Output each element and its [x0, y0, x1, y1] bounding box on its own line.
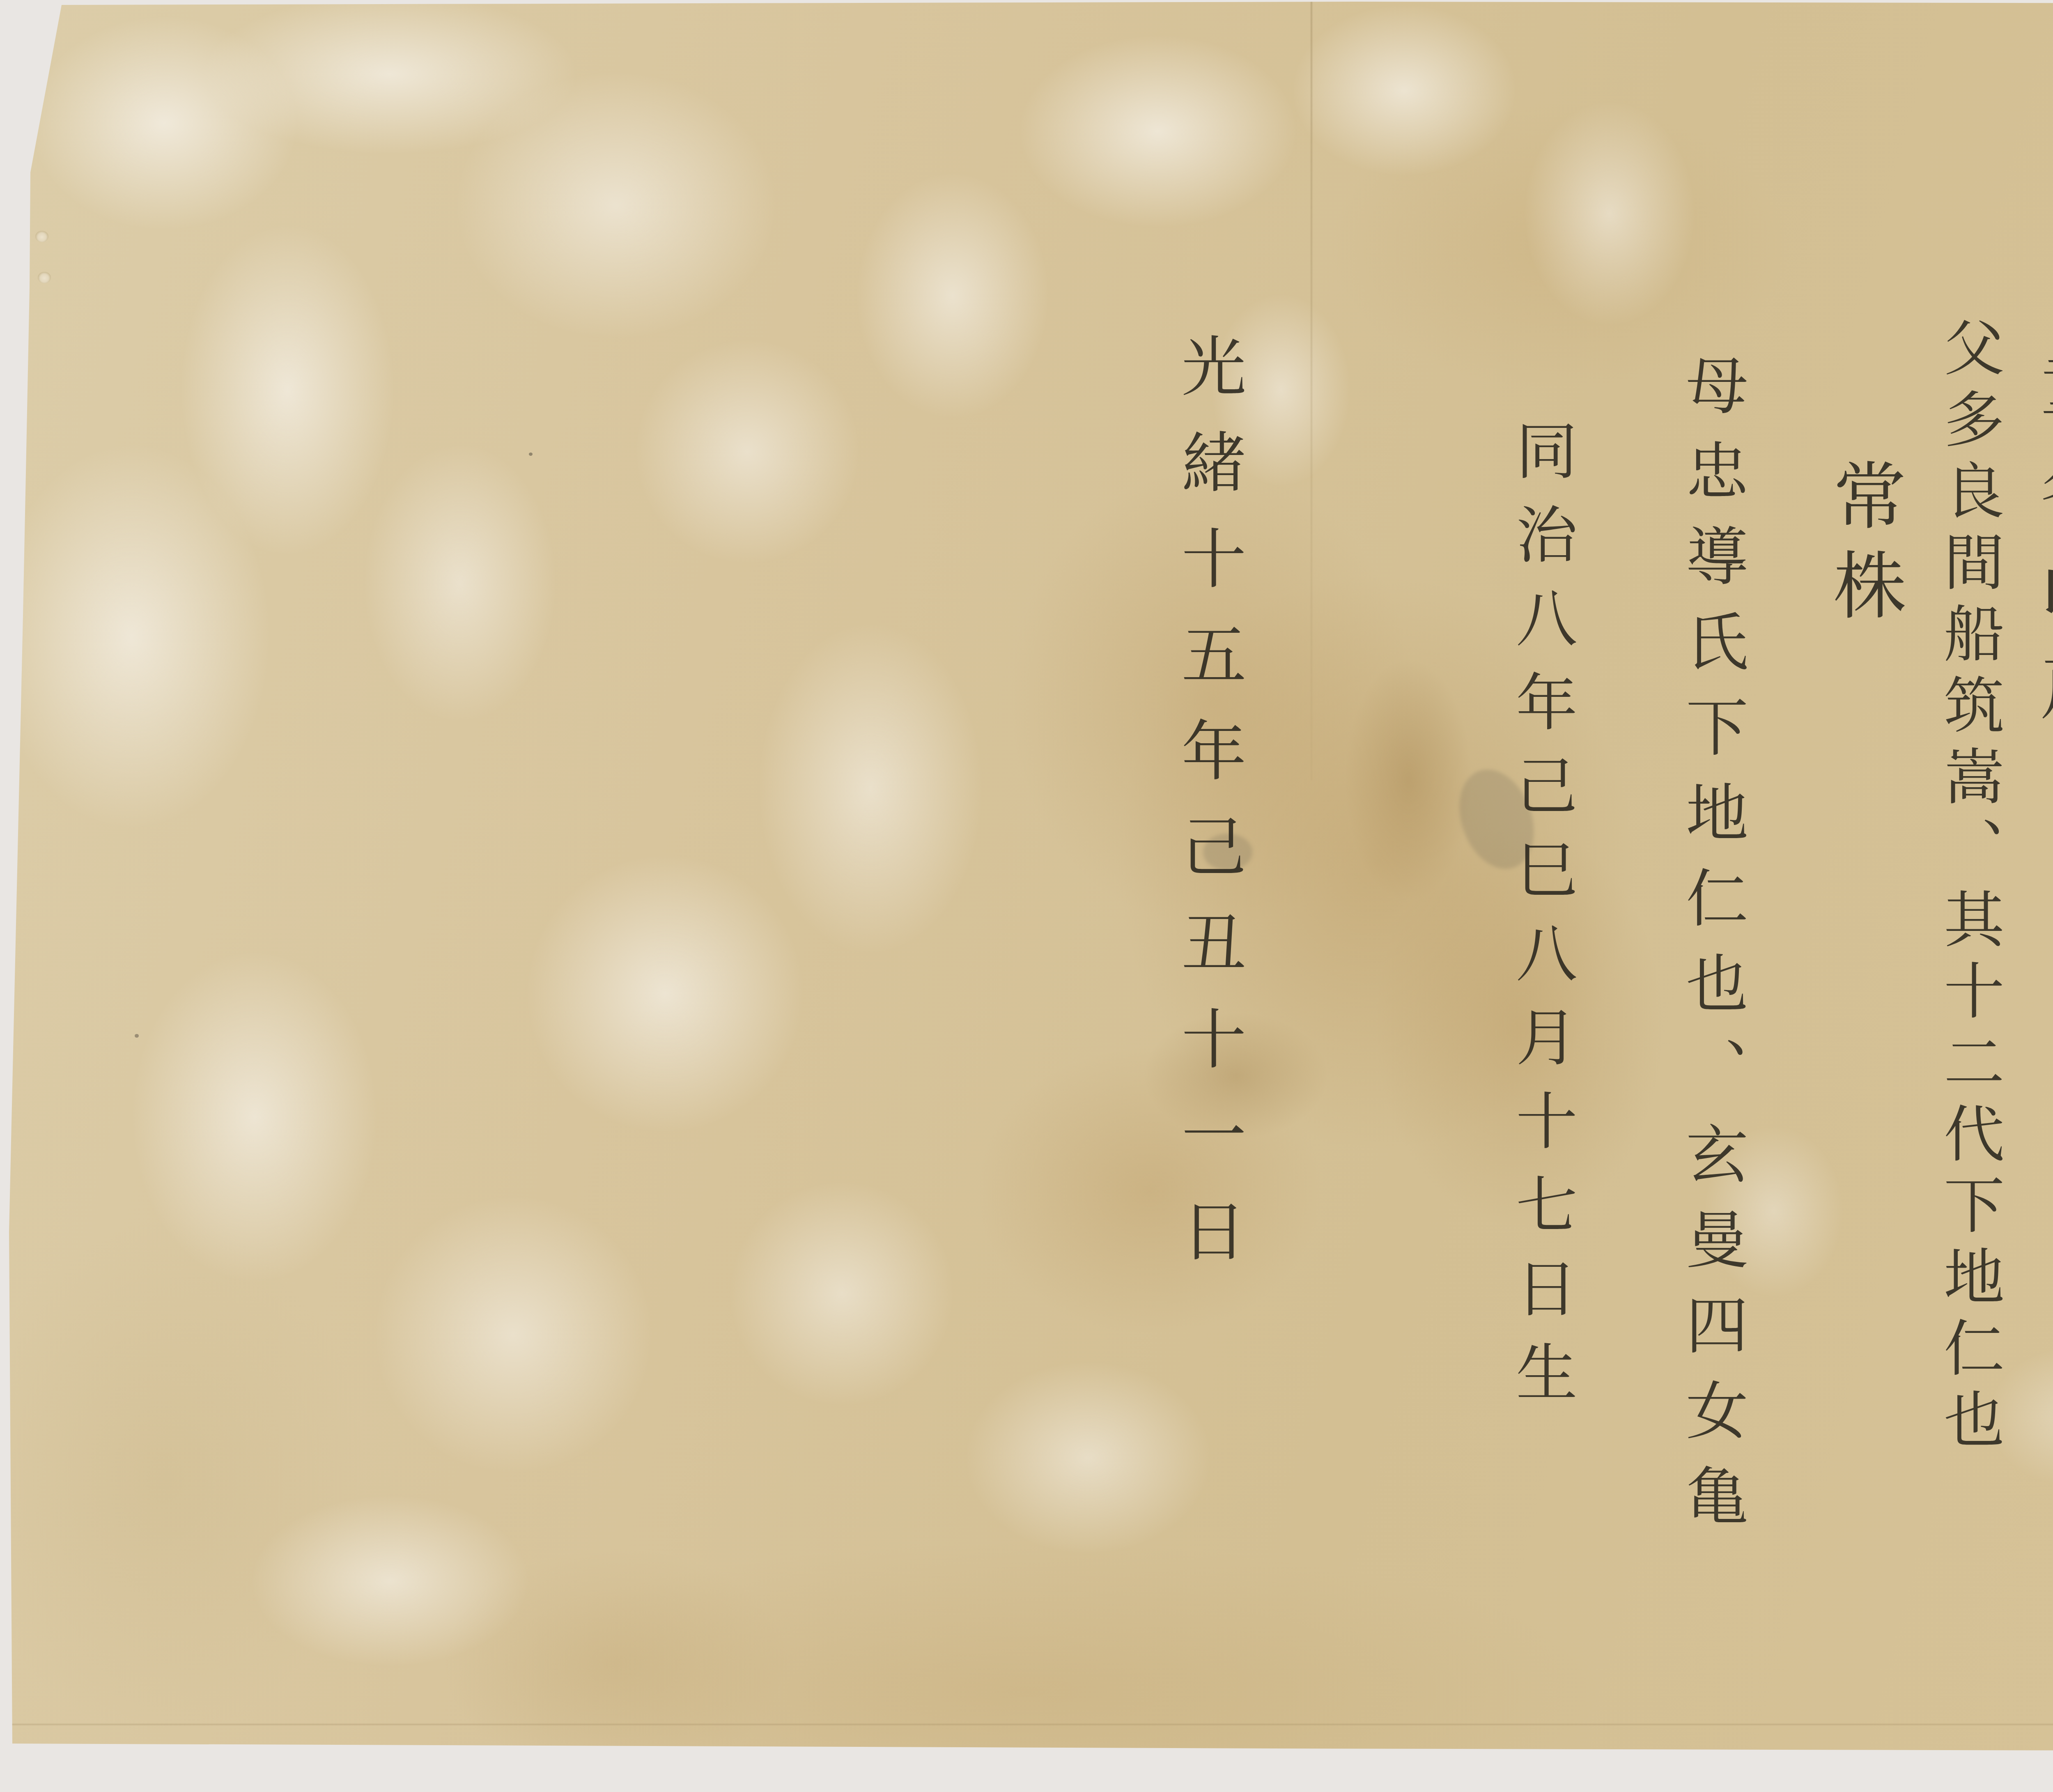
column-birth-date: 同治八年己巳八月十七日生: [1497, 419, 1585, 1424]
paper-sheet: 嵩、建 展 童名山戸 父多良間船筑嵩、其十二代下地仁也 常株 母忠導氏下地仁也、…: [0, 0, 2053, 1792]
ink-speck: [529, 453, 533, 456]
column-mother-line: 母忠導氏下地仁也、玄曼四女亀: [1667, 353, 1757, 1549]
horizontal-fold-crease: [0, 1724, 2053, 1725]
column-status: 常株: [1811, 458, 1916, 637]
scanned-manuscript-page: 嵩、建 展 童名山戸 父多良間船筑嵩、其十二代下地仁也 常株 母忠導氏下地仁也、…: [0, 0, 2053, 1792]
binding-hole: [38, 272, 51, 283]
column-era-date: 光緒十五年己丑十一日: [1162, 333, 1255, 1293]
binding-hole: [35, 231, 48, 242]
ink-speck: [135, 1034, 139, 1038]
vertical-fold-crease: [1311, 0, 1312, 780]
column-child-name: 童名山戸: [2020, 349, 2053, 753]
column-father-line: 父多良間船筑嵩、其十二代下地仁也: [1926, 316, 2013, 1459]
